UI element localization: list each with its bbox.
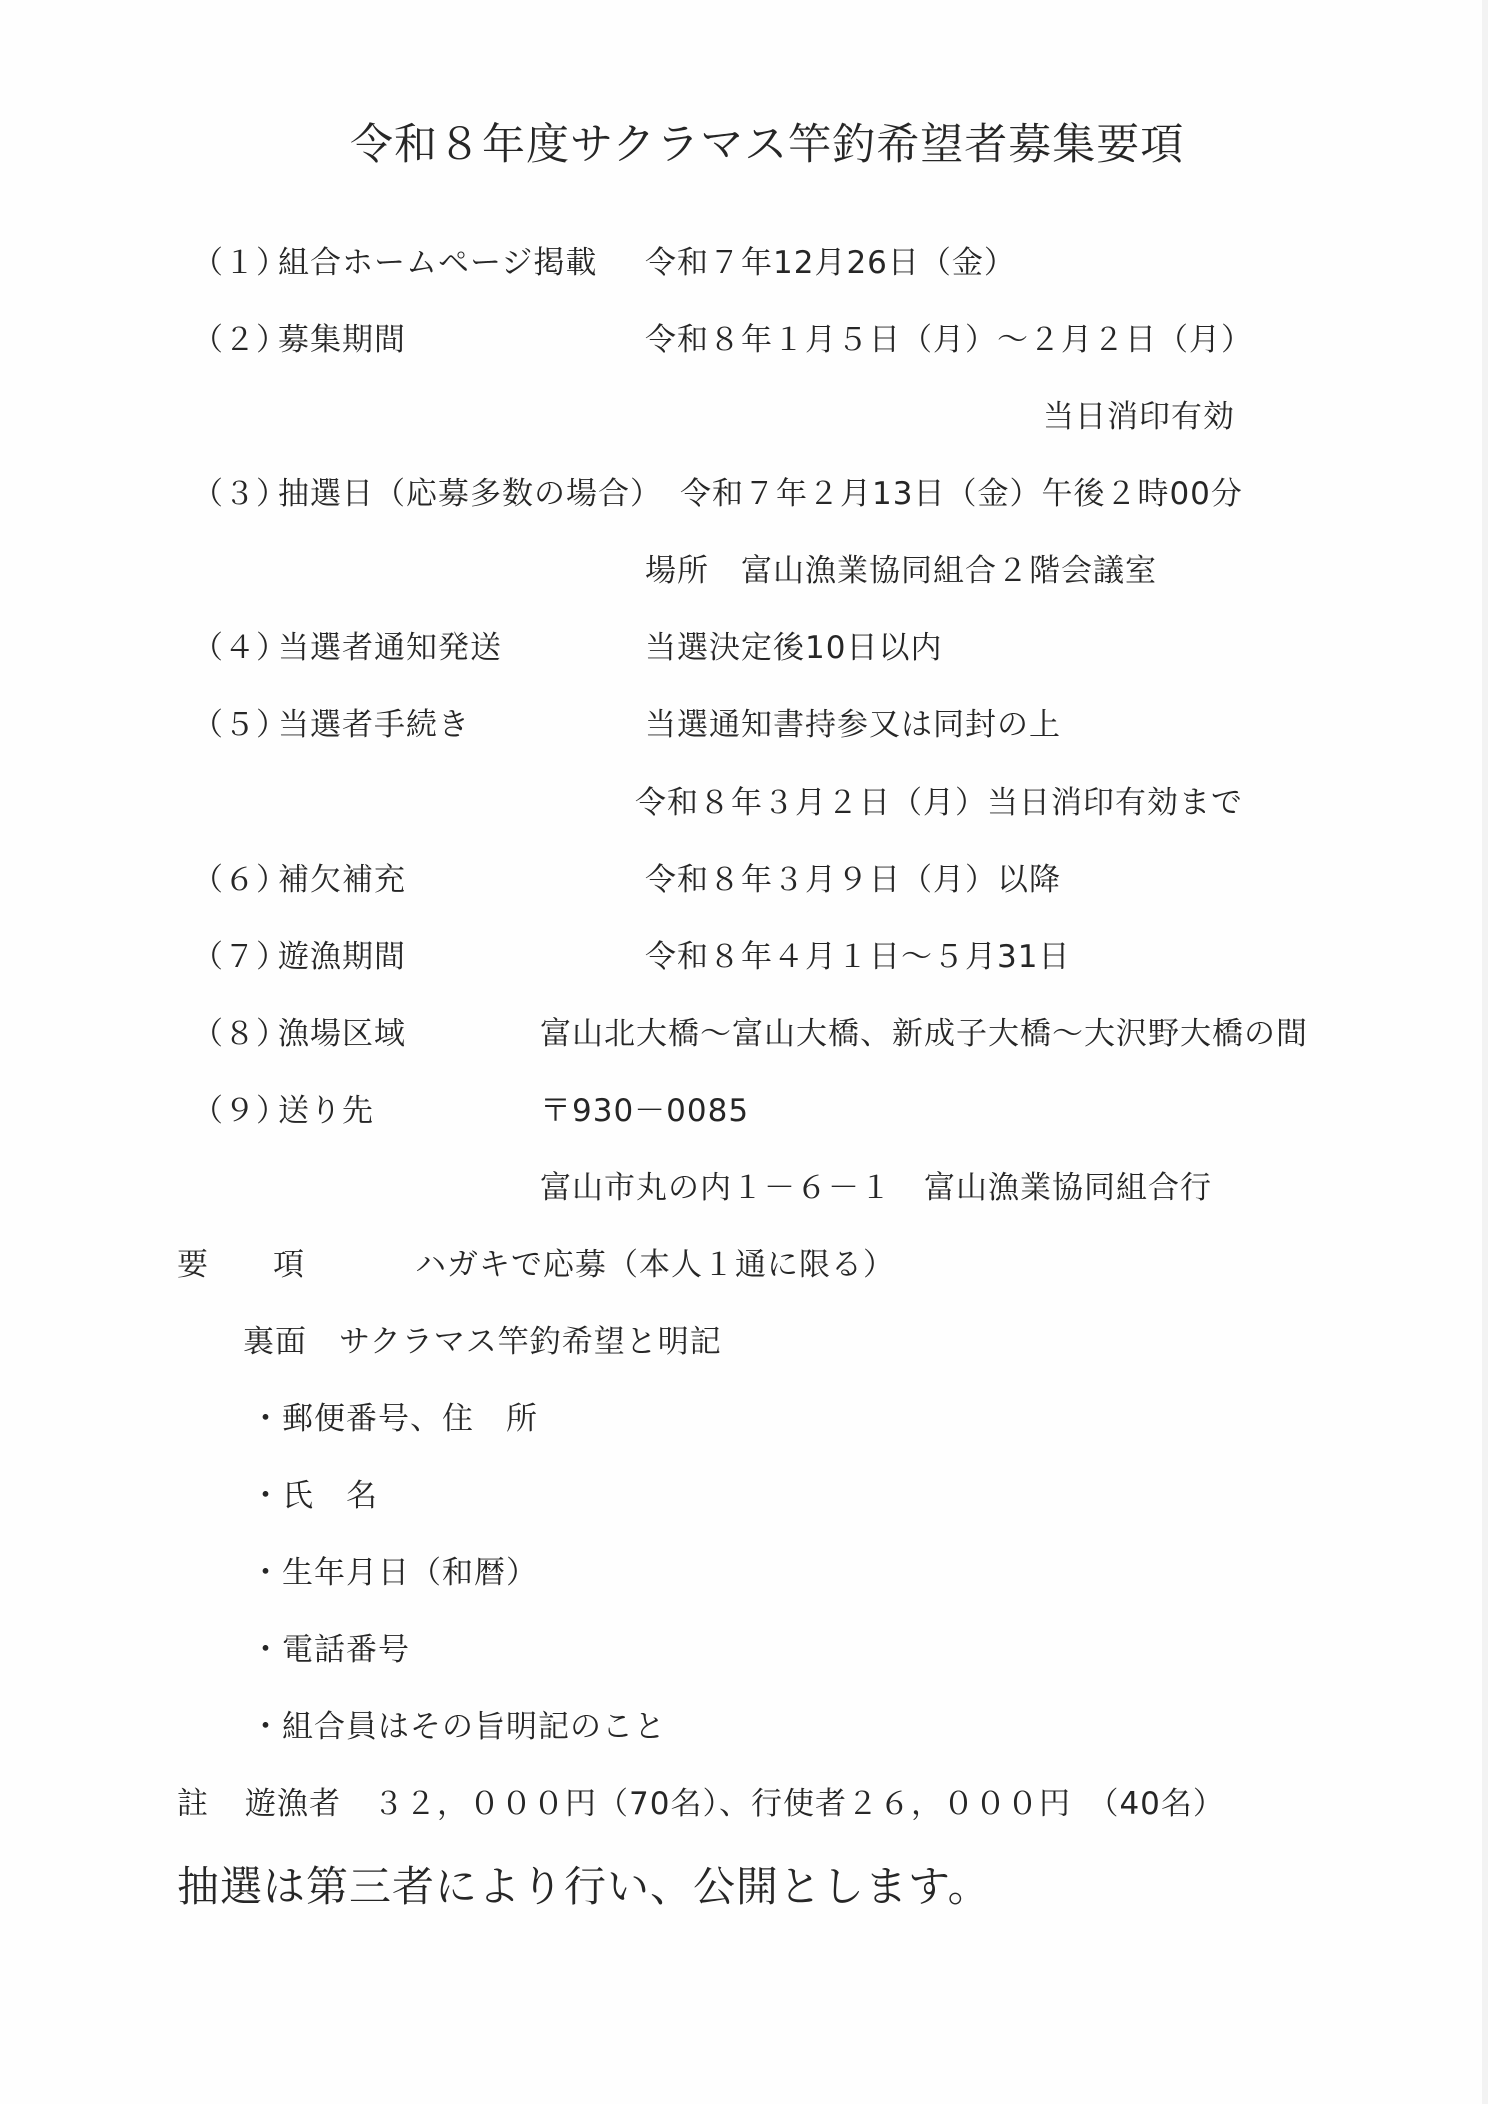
bullet-name: ・氏 名 [250, 1481, 378, 1512]
item-3-location: 場所 富山漁業協同組合２階会議室 [645, 556, 1157, 587]
item-2-label: 募集期間 [278, 325, 406, 356]
back-side-instruction: 裏面 サクラマス竿釣希望と明記 [243, 1327, 722, 1358]
item-5-number: （５） [192, 710, 288, 741]
item-7-number: （７） [192, 942, 288, 973]
requirements-value: ハガキで応募（本人１通に限る） [415, 1250, 895, 1281]
item-7-label: 遊漁期間 [278, 942, 406, 973]
item-1-label: 組合ホームページ掲載 [278, 248, 597, 279]
item-9-postal-code: 〒930－0085 [540, 1096, 749, 1127]
bullet-member-note: ・組合員はその旨明記のこと [250, 1712, 666, 1743]
item-8-value: 富山北大橋～富山大橋、新成子大橋～大沢野大橋の間 [540, 1019, 1308, 1050]
closing-statement: 抽選は第三者により行い、公開とします。 [177, 1866, 991, 1908]
item-1-number: （１） [192, 248, 288, 279]
item-6-label: 補欠補充 [278, 865, 406, 896]
item-2-number: （２） [192, 325, 288, 356]
item-1-value: 令和７年12月26日（金） [645, 248, 1016, 279]
item-9-address: 富山市丸の内１－６－１ 富山漁業協同組合行 [540, 1173, 1212, 1204]
item-8-label: 漁場区域 [278, 1019, 406, 1050]
item-9-label: 送り先 [278, 1096, 374, 1127]
note-fees: 遊漁者 ３２，０００円（70名）、行使者２６，０００円 （40名） [245, 1789, 1225, 1820]
item-3-label: 抽選日（応募多数の場合） [278, 479, 662, 510]
bullet-birthdate: ・生年月日（和暦） [250, 1558, 538, 1589]
item-6-value: 令和８年３月９日（月）以降 [645, 865, 1061, 896]
item-6-number: （６） [192, 865, 288, 896]
page-edge [1482, 0, 1488, 2104]
document-title: 令和８年度サクラマス竿釣希望者募集要項 [350, 124, 1184, 167]
item-4-number: （４） [192, 633, 288, 664]
item-2-value-note: 当日消印有効 [1043, 402, 1235, 433]
item-9-number: （９） [192, 1096, 288, 1127]
item-4-label: 当選者通知発送 [278, 633, 502, 664]
item-8-number: （８） [192, 1019, 288, 1050]
document-page: 令和８年度サクラマス竿釣希望者募集要項 （１） 組合ホームページ掲載 令和７年1… [0, 0, 1488, 2104]
item-4-value: 当選決定後10日以内 [645, 633, 942, 664]
item-3-number: （３） [192, 479, 288, 510]
bullet-phone: ・電話番号 [250, 1635, 410, 1666]
note-label: 註 [177, 1789, 209, 1820]
item-5-label: 当選者手続き [278, 710, 470, 741]
bullet-postal-address: ・郵便番号、住 所 [250, 1404, 538, 1435]
item-3-value: 令和７年２月13日（金）午後２時00分 [680, 479, 1243, 510]
item-5-value: 当選通知書持参又は同封の上 [645, 710, 1061, 741]
requirements-label: 要 項 [177, 1250, 305, 1281]
item-2-value: 令和８年１月５日（月）～２月２日（月） [645, 325, 1253, 356]
item-5-deadline: 令和８年３月２日（月）当日消印有効まで [635, 788, 1243, 819]
item-7-value: 令和８年４月１日～５月31日 [645, 942, 1070, 973]
